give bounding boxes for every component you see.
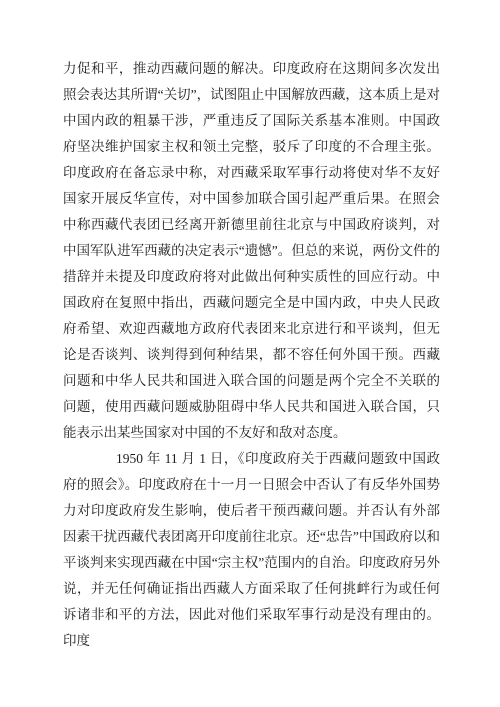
- document-page: 力促和平，推动西藏问题的解决。印度政府在这期间多次发出照会表达其所谓“关切”，试…: [0, 0, 500, 707]
- paragraph-1950-note: 1950 年 11 月 1 日，《印度政府关于西藏问题致中国政府的照会》。印度政…: [63, 446, 440, 654]
- paragraph-body-text: 力促和平，推动西藏问题的解决。印度政府在这期间多次发出照会表达其所谓“关切”，试…: [63, 56, 440, 446]
